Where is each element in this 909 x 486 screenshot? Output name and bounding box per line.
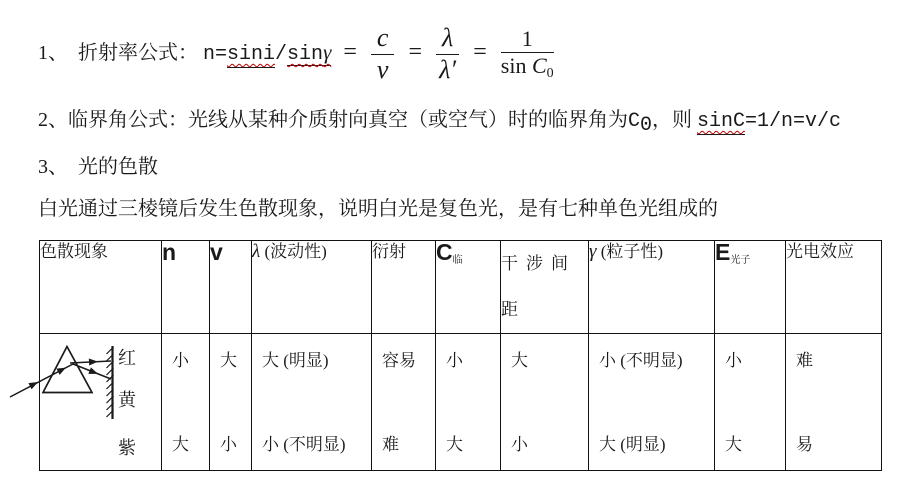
cell-lambda: 大 (明显)小 (不明显): [252, 334, 372, 471]
header-lambda: λ (波动性): [252, 241, 372, 334]
header-gamma-symbol: γ: [589, 241, 597, 262]
prism-diagram: 红 黄 紫: [0, 333, 170, 472]
cell-diffraction-top: 容易: [382, 346, 433, 371]
cell-lambda-bottom: 小 (不明显): [262, 430, 369, 455]
cell-photoelectric-bottom: 易: [796, 430, 879, 455]
fraction-c-over-v: cv: [371, 25, 395, 83]
item-2-text: 光线从某种介质射向真空（或空气）时的临界角为: [188, 109, 628, 131]
header-v: v: [210, 241, 252, 334]
cell-diffraction: 容易难: [372, 334, 436, 471]
item-3-number: 3、: [38, 156, 68, 178]
fraction-lambda: λ: [436, 25, 459, 55]
item-2-critical-angle: 2、临界角公式：光线从某种介质射向真空（或空气）时的临界角为C0，则 sinC=…: [38, 103, 841, 137]
cell-photon-energy-bottom: 大: [725, 430, 783, 455]
formula-sin-word: sin: [287, 43, 323, 66]
formula-gamma: γ: [323, 40, 331, 64]
header-n-label: n: [162, 239, 176, 265]
header-diffraction-label: 衍射: [372, 242, 406, 261]
fraction-lambda-over-lambda-prime: λλ′: [436, 25, 459, 83]
header-e-base: E: [715, 239, 730, 265]
document-page: 1、折射率公式： n=sini/sinγ = cv = λλ′ = 1sin C…: [0, 0, 909, 486]
formula-sin-gamma: sinγ: [287, 42, 331, 66]
equals-sign-2: =: [408, 39, 422, 65]
item-1-refraction-formula: 1、折射率公式： n=sini/sinγ = cv = λλ′ = 1sin C…: [38, 12, 556, 92]
equals-sign-3: =: [473, 39, 487, 65]
cell-diffraction-bottom: 难: [382, 430, 433, 455]
cell-critical-angle-top: 小: [446, 346, 498, 371]
cell-photoelectric-top: 难: [796, 346, 879, 371]
item-1-number: 1、: [38, 42, 68, 64]
formula-sinc: sinC: [697, 110, 745, 135]
cell-v-top: 大: [220, 346, 249, 371]
fraction-c0-base: C: [532, 53, 547, 78]
label-red: 红: [118, 348, 136, 368]
header-interference-label: 干涉间距: [501, 254, 576, 319]
fraction-sin-word: sin: [501, 53, 527, 78]
dispersion-paragraph: 白光通过三棱镜后发生色散现象，说明白光是复色光，是有七种单色光组成的: [38, 192, 718, 221]
item-2-number: 2、: [38, 109, 68, 131]
formula-sini: sini: [227, 43, 275, 68]
item-1-label: 折射率公式：: [78, 42, 198, 64]
table-header-row: 色散现象 n v λ (波动性) 衍射 C临 干涉间距 γ (粒子性) E光子 …: [40, 241, 882, 334]
cell-v: 大小: [210, 334, 252, 471]
formula-slash: /: [275, 43, 287, 66]
cell-critical-angle-bottom: 大: [446, 430, 498, 455]
header-photoelectric: 光电效应: [786, 241, 882, 334]
equals-sign-1: =: [343, 39, 357, 65]
critical-angle-c: C: [628, 110, 640, 133]
fraction-one: 1: [501, 28, 554, 53]
fraction-lambda-prime: λ′: [436, 55, 459, 84]
cell-interference: 大小: [501, 334, 589, 471]
cell-critical-angle: 小大: [436, 334, 501, 471]
cell-photon-energy: 小大: [715, 334, 786, 471]
item-3-dispersion-heading: 3、光的色散: [38, 150, 158, 179]
cell-interference-bottom: 小: [511, 430, 586, 455]
cell-gamma-bottom: 大 (明显): [599, 430, 712, 455]
fraction-one-over-sinc0: 1sin C0: [501, 28, 554, 82]
header-c-base: C: [436, 239, 453, 265]
critical-angle-c-subscript: 0: [640, 114, 652, 137]
header-lambda-paren: (波动性): [264, 242, 326, 261]
header-gamma-paren: (粒子性): [601, 242, 663, 261]
cell-n-top: 小: [172, 346, 207, 371]
label-yellow: 黄: [118, 390, 137, 410]
item-2-then: ，则: [652, 109, 697, 131]
header-e-subscript: 光子: [730, 255, 750, 266]
fraction-c: c: [371, 25, 395, 55]
cell-lambda-top: 大 (明显): [262, 346, 369, 371]
cell-n-bottom: 大: [172, 430, 207, 455]
incident-ray-arrowhead-2: [56, 364, 67, 374]
header-dispersion-label: 色散现象: [40, 242, 108, 261]
cell-photoelectric: 难易: [786, 334, 882, 471]
header-photoelectric-label: 光电效应: [786, 242, 854, 261]
item-3-label: 光的色散: [78, 156, 158, 178]
incident-ray-arrowhead: [28, 379, 39, 389]
header-c-subscript: 临: [453, 255, 463, 266]
cell-gamma-top: 小 (不明显): [599, 346, 712, 371]
header-lambda-symbol: λ: [252, 241, 260, 262]
header-v-label: v: [210, 239, 223, 265]
cell-v-bottom: 小: [220, 430, 249, 455]
red-ray-arrowhead: [89, 358, 98, 365]
header-interference: 干涉间距: [501, 241, 589, 334]
header-n: n: [162, 241, 210, 334]
fraction-v: v: [371, 55, 395, 84]
item-2-label: 临界角公式：: [68, 109, 188, 131]
header-gamma: γ (粒子性): [589, 241, 715, 334]
header-dispersion: 色散现象: [40, 241, 162, 334]
cell-interference-top: 大: [511, 346, 586, 371]
header-diffraction: 衍射: [372, 241, 436, 334]
cell-gamma: 小 (不明显)大 (明显): [589, 334, 715, 471]
formula-n-equals: n=: [203, 43, 227, 66]
formula-sinc-tail: =1/n=v/c: [745, 110, 841, 133]
prism-triangle: [43, 347, 92, 393]
label-purple: 紫: [118, 438, 136, 458]
cell-photon-energy-top: 小: [725, 346, 783, 371]
header-photon-energy: E光子: [715, 241, 786, 334]
fraction-c0-subscript: 0: [547, 66, 554, 81]
violet-ray-arrowhead: [88, 367, 99, 377]
header-critical-angle: C临: [436, 241, 501, 334]
